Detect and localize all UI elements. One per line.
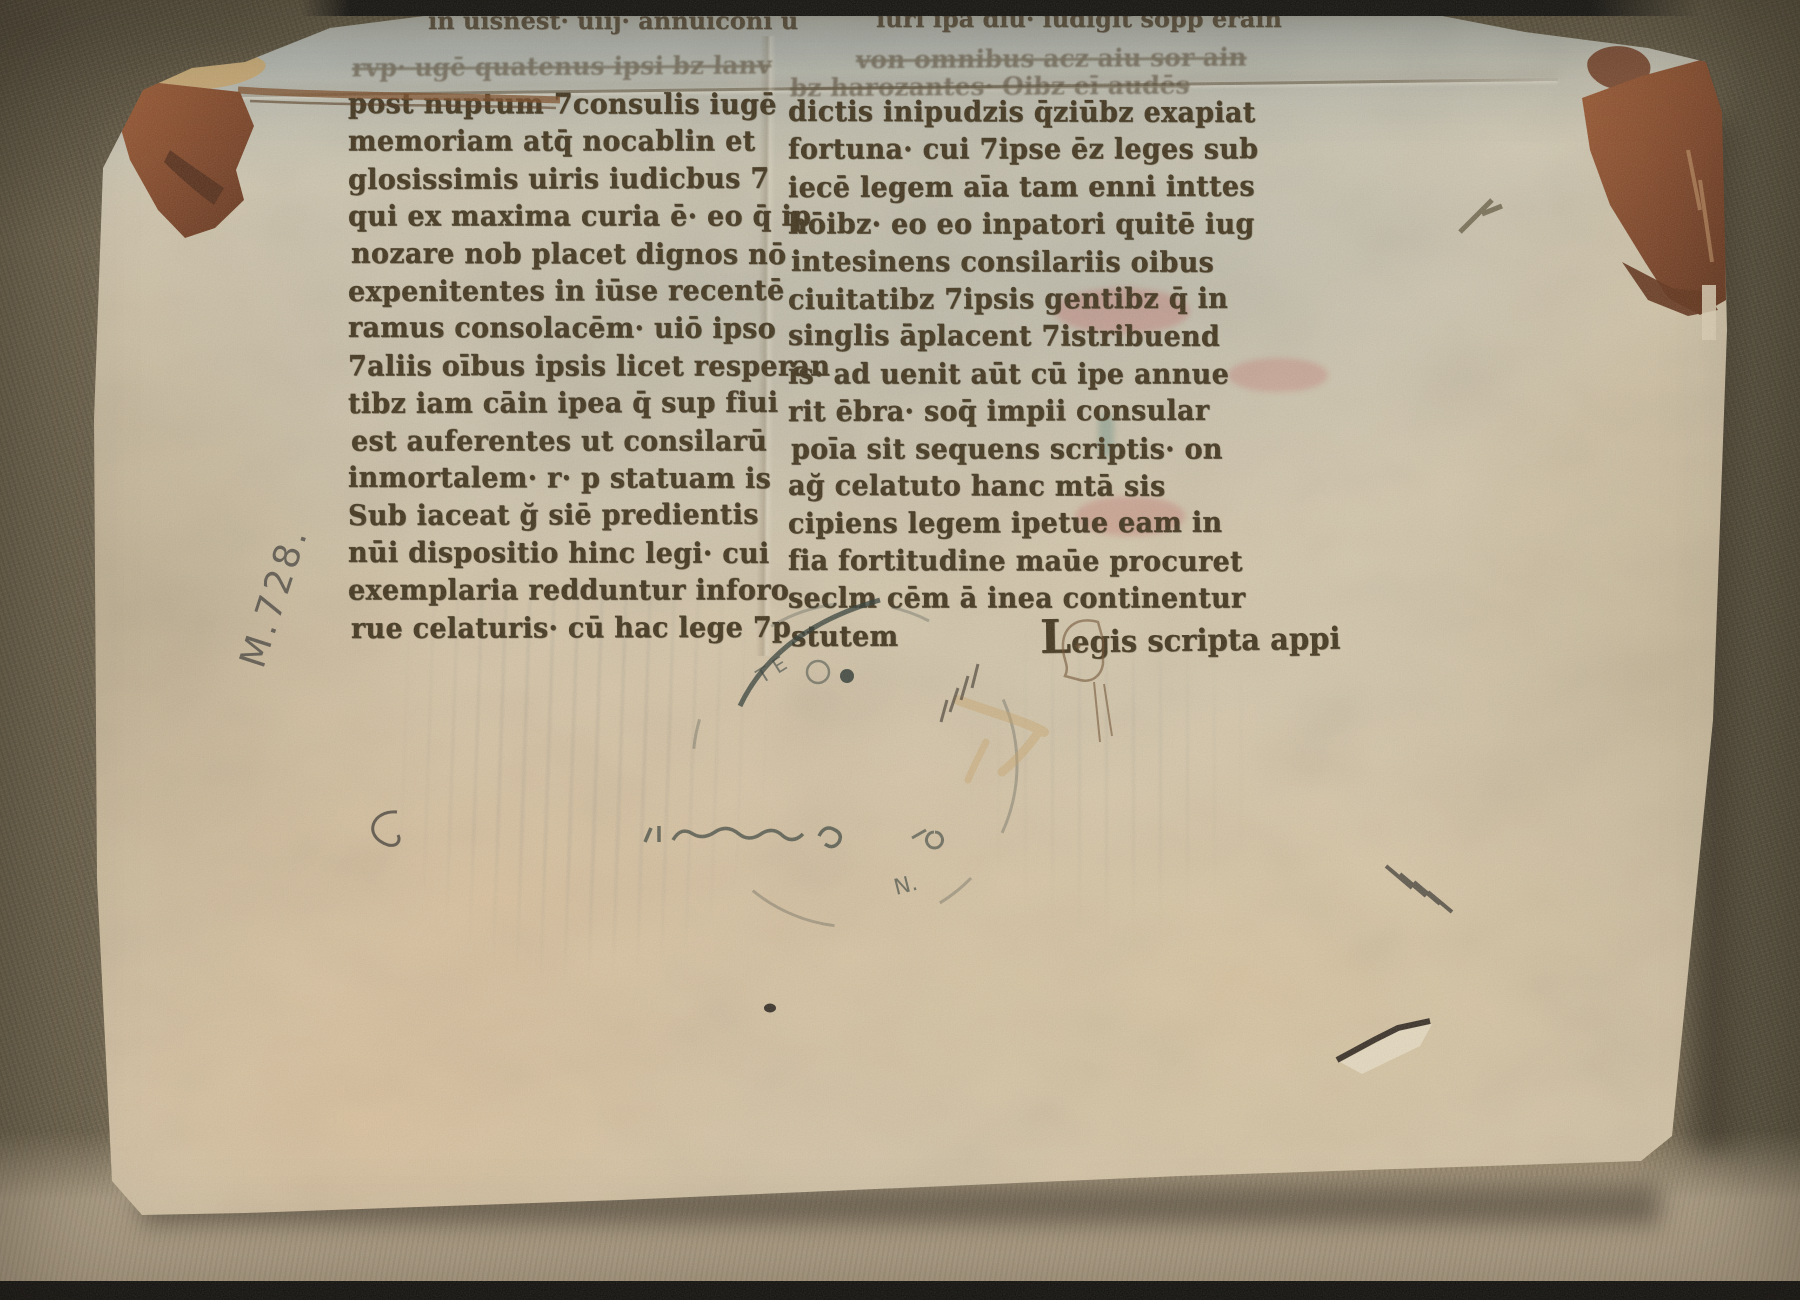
manuscript-text-line: singlis āplacent 7istribuend [788,317,1230,357]
manuscript-text-line: is· ad uenit aūt cū ipe annue [788,355,1230,394]
manuscript-text-line: memoriam atq̄ nocablin et [348,122,772,161]
corner-pen-stroke [1460,200,1502,232]
manuscript-text-line: inmortalem· r· p statuam is [348,459,772,499]
manuscript-text-line: post nuptum 7consulis iugē [348,85,772,125]
ink-dot [764,1004,776,1013]
manuscript-text-line: nūi dispositio hinc legi· cui [348,533,772,573]
manuscript-text-line: rit ēbra· soq̄ impii consular [788,392,1230,433]
manuscript-photograph: in uisnest· uiij· annuiconi u iuri ipa d… [0,0,1800,1300]
manuscript-text-line: poīa sit sequens scriptis· on [791,430,1230,469]
showthrough-right [970,630,1260,930]
hatch-marks [1386,866,1452,912]
manuscript-text-line: Sub iaceat ğ siē predientis [348,496,772,537]
manuscript-text-line: ağ celatuto hanc mtā sis [788,467,1230,507]
manuscript-text-line: hōibz· eo eo inpatori quitē iug [788,205,1230,244]
manuscript-text-line: exemplaria redduntur inforo [348,571,772,610]
parchment-page: in uisnest· uiij· annuiconi u iuri ipa d… [0,0,1800,1300]
bottom-black-bar [0,1281,1800,1300]
manuscript-text-line: ciuitatibz 7ipsis gentibz q̄ in [788,279,1230,320]
manuscript-text-line: rue celaturis· cū hac lege 7p [351,608,772,649]
manuscript-text-line: nozare nob placet dignos nō [351,234,772,274]
top-black-gap [300,0,1700,16]
manuscript-text-line: 7aliis oībus ipsis licet resperan [348,347,772,386]
manuscript-text-line: intesinens consilariis oibus [791,242,1230,282]
rubrication-showthrough [1228,358,1328,392]
manuscript-text-line: ramus consolacēm· uiō ipso [348,309,772,349]
pencil-shelfmark: M.728. [233,521,317,673]
svg-text:N.: N. [891,871,920,901]
erased-line-left: rvp· ugē quatenus ipsi bz lanv [351,51,772,83]
manuscript-text-line: cipiens legem ipetue eam in [788,504,1230,545]
manuscript-text-line: tibz iam cāin ipea q̄ sup fiui [348,384,772,425]
manuscript-text-line: fortuna· cui 7ipse ēz leges sub [788,130,1230,169]
manuscript-text-line: glosissimis uiris iudicbus 7 [348,159,772,200]
erased-line-right-1: von omnibus acz aiu sor ain [855,43,1247,75]
text-column-left: post nuptum 7consulis iugēmemoriam atq̄ … [348,86,772,647]
manuscript-text-line: qui ex maxima curia ē· eo q̄ ip [348,197,772,236]
tear-mark [1337,1021,1432,1074]
manuscript-text-line: expenitentes in iūse recentē [348,271,772,312]
text-column-right: dictis inipudzis q̄ziūbz exapiatfortuna·… [788,94,1230,655]
manuscript-text-line: fia fortitudine maūe procuret [788,541,1230,581]
manuscript-text-line: iecē legem aīa tam enni inttes [788,167,1230,208]
leather-patch-top-right [1460,46,1726,340]
manuscript-text-line: est auferentes ut consilarū [351,422,772,461]
colophon-line: Legis scripta appi [1040,607,1341,665]
manuscript-text-line: dictis inipudzis q̄ziūbz exapiat [788,92,1230,132]
